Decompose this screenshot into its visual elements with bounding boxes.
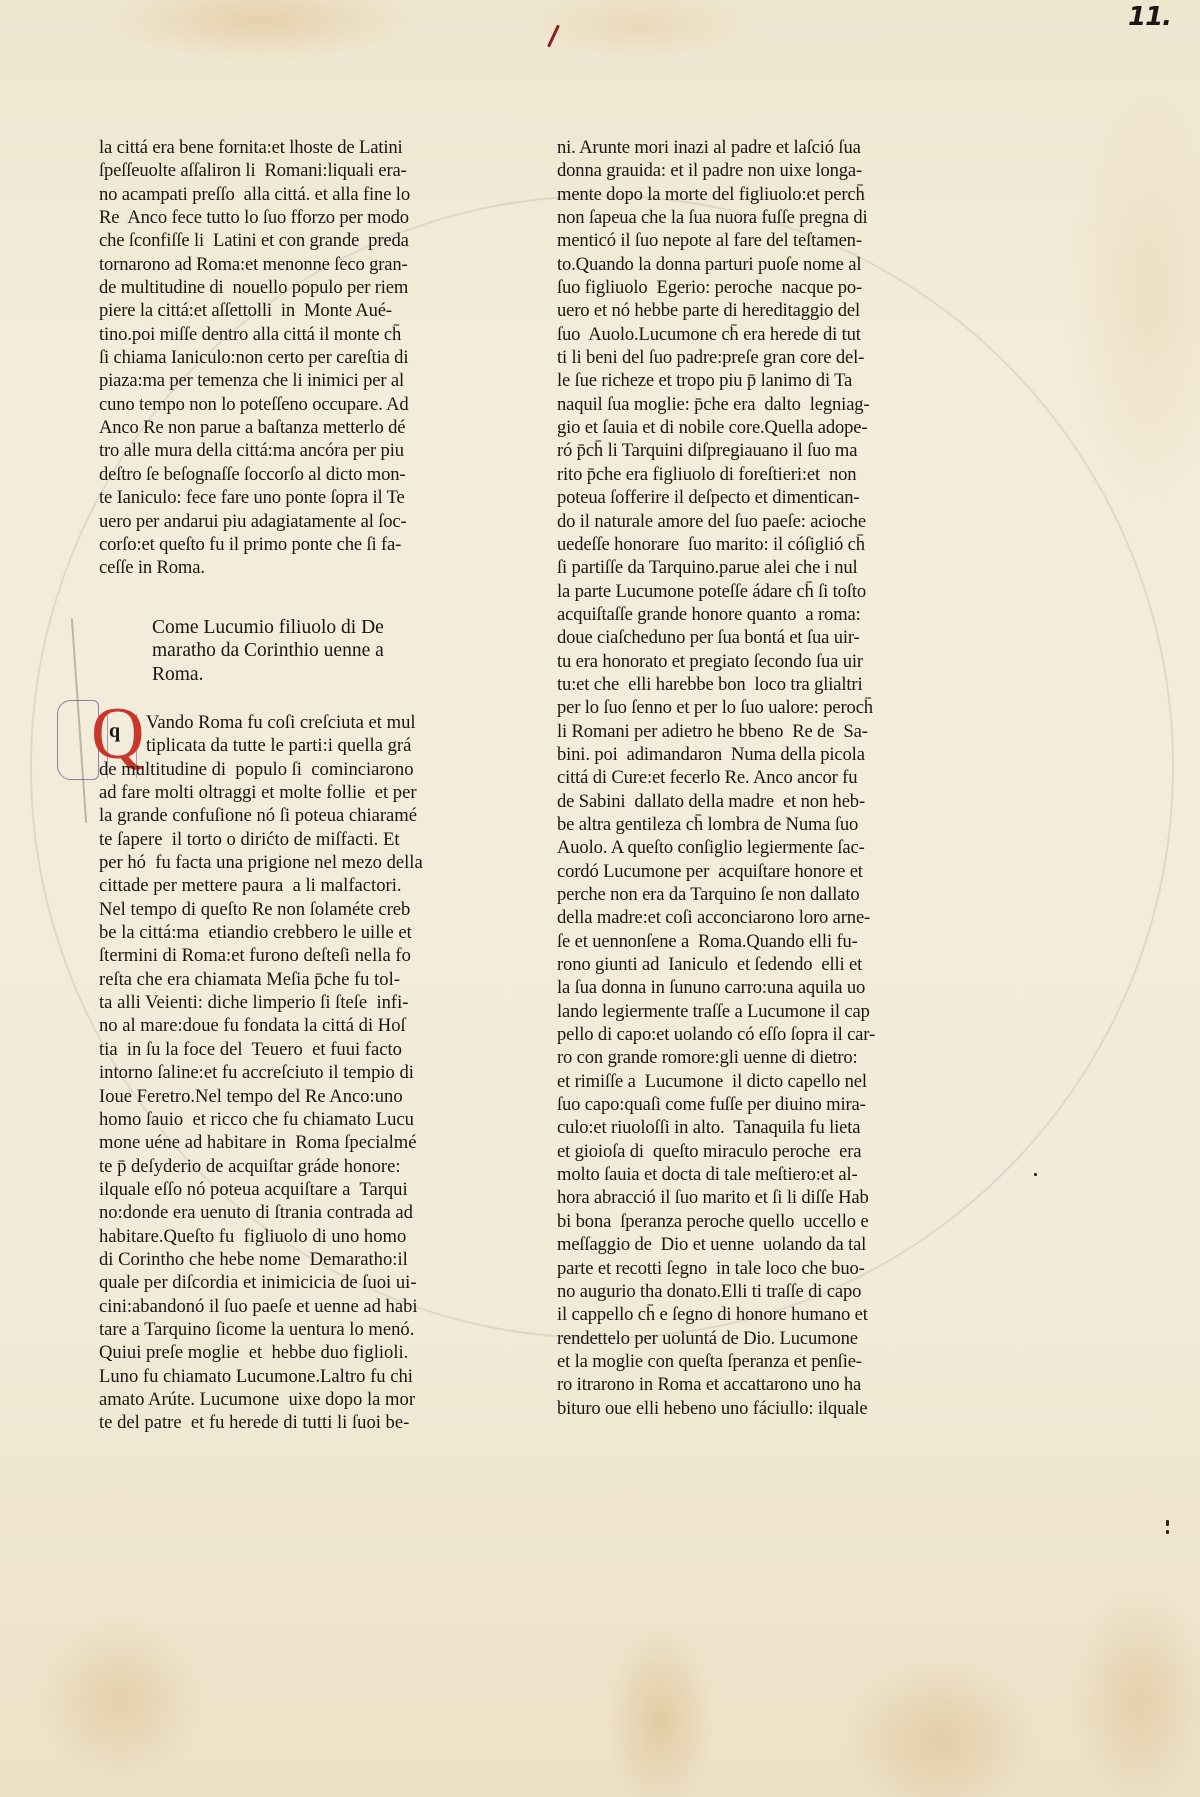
text-line: bini. poi adimandaron Numa della picola (557, 743, 932, 766)
text-line: maratho da Corinthio uenne a (152, 638, 384, 661)
text-line: do il naturale amore del ſuo paeſe: acio… (557, 510, 932, 533)
text-line: cittá di Cure:et fecerlo Re. Anco ancor … (557, 766, 932, 789)
text-line: deſtro ſe beſognaſſe ſoccorſo al dicto m… (99, 463, 469, 486)
red-quire-mark (547, 24, 560, 47)
text-line: be la cittá:ma etiandio crebbero le uill… (99, 921, 423, 944)
text-line: per hó fu facta una prigione nel mezo de… (99, 851, 423, 874)
text-line: tiplicata da tutte le parti:i quella grá (99, 734, 423, 757)
text-line: homo ſauio et ricco che fu chiamato Lucu (99, 1108, 423, 1131)
text-line: di Corintho che hebe nome Demaratho:il (99, 1248, 423, 1271)
text-line: Come Lucumio filiuolo di De (152, 615, 384, 638)
text-line: tare a Tarquino ſicome la uentura lo men… (99, 1318, 423, 1341)
text-line: parte et recotti ſegno in tale loco che … (557, 1257, 932, 1280)
text-line: no al mare:doue fu fondata la cittá di H… (99, 1014, 423, 1037)
text-line: tro alle mura della cittá:ma ancóra per … (99, 439, 469, 462)
ink-speck (1034, 1173, 1037, 1176)
text-line: gio et ſauia et di nobile core.Quella ad… (557, 416, 932, 439)
left-column-text: la cittá era bene fornita:et lhoste de L… (99, 136, 469, 580)
text-line: no:donde era uenuto di ſtrania contrada … (99, 1201, 423, 1224)
text-line: ta alli Veienti: diche limperio ſi ſteſe… (99, 991, 423, 1014)
text-line: culo:et riuoloſſi in alto. Tanaquila fu … (557, 1116, 932, 1139)
text-line: et la moglie con queſta ſperanza et penſ… (557, 1350, 932, 1373)
text-line: ti li beni del ſuo padre:preſe gran core… (557, 346, 932, 369)
book-page: 11. la cittá era bene fornita:et lhoste … (0, 0, 1200, 1797)
text-line: ſuo Auolo.Lucumone ch̄ era herede di tut (557, 323, 932, 346)
text-line: de multitudine di nouello populo per rie… (99, 276, 469, 299)
text-line: Anco Re non parue a baſtanza metterlo dé (99, 416, 469, 439)
text-line: Re Anco fece tutto lo ſuo fforzo per mod… (99, 206, 469, 229)
text-line: cordó Lucumone per acquiſtare honore et (557, 860, 932, 883)
text-line: et rimiſſe a Lucumone il dicto capello n… (557, 1070, 932, 1093)
text-line: rendettelo per uoluntá de Dio. Lucumone (557, 1327, 932, 1350)
text-line: habitare.Queſto fu figliuolo di uno homo (99, 1225, 423, 1248)
text-line: pello di capo:et uolando có eſſo ſopra i… (557, 1023, 932, 1046)
text-line: mente dopo la morte del figliuolo:et per… (557, 183, 932, 206)
text-line: to.Quando la donna parturi puoſe nome al (557, 253, 932, 276)
text-line: meſſaggio de Dio et uenne uolando da tal (557, 1233, 932, 1256)
text-line: te ſapere il torto o dirićto de miſfacti… (99, 828, 423, 851)
text-line: il cappello ch̄ e ſegno di honore humano… (557, 1303, 932, 1326)
text-line: ilquale eſſo nó poteua acquiſtare a Tarq… (99, 1178, 423, 1201)
text-line: della madre:et coſi acconciarono loro ar… (557, 906, 932, 929)
text-line: ſi partiſſe da Tarquino.parue alei che i… (557, 556, 932, 579)
text-line: te p̄ deſyderio de acquiſtar gráde honor… (99, 1155, 423, 1178)
text-line: amato Arúte. Lucumone uixe dopo la mor (99, 1388, 423, 1411)
text-line: ſi chiama Ianiculo:non certo per careſti… (99, 346, 469, 369)
text-line: ró p̄ch̄ li Tarquini diſpregiauano il ſu… (557, 439, 932, 462)
text-line: li Romani per adietro he bbeno Re de Sa- (557, 720, 932, 743)
text-line: de Sabini dallato della madre et non heb… (557, 790, 932, 813)
text-line: ro con grande romore:gli uenne di dietro… (557, 1046, 932, 1069)
text-line: uero et nó hebbe parte di hereditaggio d… (557, 299, 932, 322)
text-line: menticó il ſuo nepote al fare del teſtam… (557, 229, 932, 252)
text-line: te Ianiculo: fece fare uno ponte ſopra i… (99, 486, 469, 509)
text-line: che ſconfiſſe li Latini et con grande pr… (99, 229, 469, 252)
ink-speck (1166, 1530, 1169, 1534)
text-line: naquil ſua moglie: p̄che era dalto legni… (557, 393, 932, 416)
text-line: ſpeſſeuolte aſſaliron li Romani:liquali … (99, 159, 469, 182)
text-line: ad fare molti oltraggi et molte follie e… (99, 781, 423, 804)
text-line: tu:et che elli harebbe bon loco tra glia… (557, 673, 932, 696)
text-line: molto ſauia et docta di tale meſtiero:et… (557, 1163, 932, 1186)
text-line: uero per andarui piu adagiatamente al ſo… (99, 510, 469, 533)
right-column-text: ni. Arunte mori inazi al padre et laſció… (557, 136, 932, 1420)
text-line: uedeſſe honorare ſuo marito: il cóſiglió… (557, 533, 932, 556)
text-line: Vando Roma fu coſi creſciuta et mul (99, 711, 423, 734)
text-line: piaza:ma per temenza che li inimici per … (99, 369, 469, 392)
text-line: intorno ſaline:et fu accreſciuto il temp… (99, 1061, 423, 1084)
text-line: reſta che era chiamata Meſia p̄che fu to… (99, 968, 423, 991)
text-line: corſo:et queſto fu il primo ponte che ſi… (99, 533, 469, 556)
text-line: cittade per mettere paura a li malfactor… (99, 874, 423, 897)
chapter-body-text: Vando Roma fu coſi creſciuta et multipli… (99, 711, 423, 1435)
text-line: lando legiermente traſſe a Lucumone il c… (557, 1000, 932, 1023)
text-line: la parte Lucumone poteſſe ádare ch̄ ſi t… (557, 580, 932, 603)
text-line: piere la cittá:et aſſettolli in Monte Au… (99, 299, 469, 322)
text-line: tu era honorato et pregiato ſecondo ſua … (557, 650, 932, 673)
text-line: perche non era da Tarquino ſe non dallat… (557, 883, 932, 906)
text-line: per lo ſuo ſenno et per lo ſuo ualore: p… (557, 696, 932, 719)
text-line: hora abracció il ſuo marito et ſi li diſ… (557, 1186, 932, 1209)
text-line: doue ciaſcheduno per ſua bontá et ſua ui… (557, 626, 932, 649)
ink-speck (1166, 1520, 1169, 1526)
text-line: te del patre et fu herede di tutti li ſu… (99, 1411, 423, 1434)
text-line: donna grauida: et il padre non uixe long… (557, 159, 932, 182)
text-line: ſe et uennonſene a Roma.Quando elli fu- (557, 930, 932, 953)
text-line: poteua ſofferire il deſpecto et dimentic… (557, 486, 932, 509)
text-line: la grande confuſione nó ſi poteua chiara… (99, 804, 423, 827)
text-line: Quiui preſe moglie et hebbe duo figlioli… (99, 1341, 423, 1364)
text-line: ſuo capo:quaſi come fuſſe per diuino mir… (557, 1093, 932, 1116)
text-line: mone uéne ad habitare in Roma ſpecialmé (99, 1131, 423, 1154)
text-line: no acampati preſſo alla cittá. et alla f… (99, 183, 469, 206)
text-line: cini:abandonó il ſuo paeſe et uenne ad h… (99, 1295, 423, 1318)
folio-number: 11. (1128, 2, 1171, 32)
text-line: et gioioſa di queſto miraculo peroche er… (557, 1140, 932, 1163)
text-line: bi bona ſperanza peroche quello uccello … (557, 1210, 932, 1233)
chapter-heading: Come Lucumio filiuolo di Demaratho da Co… (152, 615, 384, 685)
text-line: be altra gentileza ch̄ lombra de Numa ſu… (557, 813, 932, 836)
text-line: bituro oue elli hebeno uno fáciullo: ilq… (557, 1397, 932, 1420)
text-line: la cittá era bene fornita:et lhoste de L… (99, 136, 469, 159)
text-line: quale per diſcordia et inimicicia de ſuo… (99, 1271, 423, 1294)
text-line: ſtermini di Roma:et furono deſteſi nella… (99, 944, 423, 967)
text-line: ſuo figliuolo Egerio: peroche nacque po- (557, 276, 932, 299)
text-line: tia in ſu la foce del Teuero et fuui fac… (99, 1038, 423, 1061)
text-line: tornarono ad Roma:et menonne ſeco gran- (99, 253, 469, 276)
text-line: Roma. (152, 662, 384, 685)
text-line: ni. Arunte mori inazi al padre et laſció… (557, 136, 932, 159)
text-line: non ſapeua che la ſua nuora fuſſe pregna… (557, 206, 932, 229)
text-line: ceſſe in Roma. (99, 556, 469, 579)
text-line: rono giunti ad Ianiculo et ſedendo elli … (557, 953, 932, 976)
text-line: Auolo. A queſto conſiglio legiermente ſa… (557, 836, 932, 859)
text-line: no augurio tha donato.Elli ti traſſe di … (557, 1280, 932, 1303)
text-line: de multitudine di populo ſi cominciarono (99, 758, 423, 781)
text-line: Luno fu chiamato Lucumone.Laltro fu chi (99, 1365, 423, 1388)
text-line: ro itrarono in Roma et accattarono uno h… (557, 1373, 932, 1396)
text-line: la ſua donna in ſununo carro:una aquila … (557, 976, 932, 999)
text-line: le ſue richeze et tropo piu p̄ lanimo di… (557, 369, 932, 392)
text-line: Nel tempo di queſto Re non ſolaméte creb (99, 898, 423, 921)
text-line: acquiſtaſſe grande honore quanto a roma: (557, 603, 932, 626)
text-line: rito p̄che era figliuolo di foreſtieri:e… (557, 463, 932, 486)
text-line: tino.poi miſſe dentro alla cittá il mont… (99, 323, 469, 346)
text-line: Ioue Feretro.Nel tempo del Re Anco:uno (99, 1085, 423, 1108)
text-line: cuno tempo non lo poteſſeno occupare. Ad (99, 393, 469, 416)
